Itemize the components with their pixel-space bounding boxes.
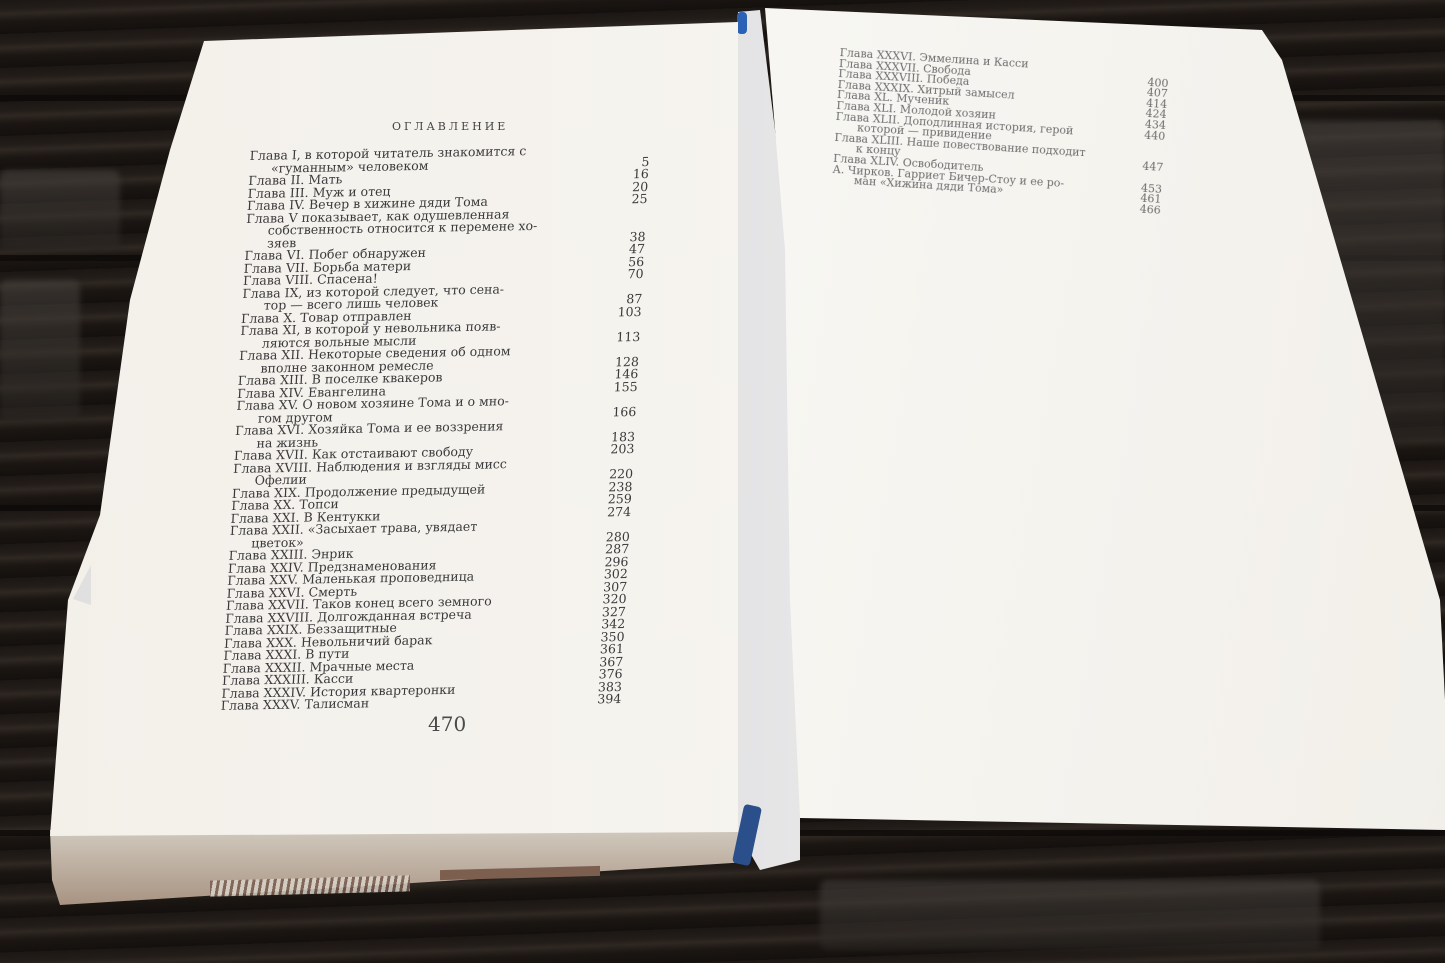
toc-entry-page: 113 — [616, 330, 641, 342]
toc-entry-page: 203 — [610, 443, 635, 455]
toc-entry-label: Глава XXXV. Талисман — [221, 697, 370, 712]
wood-highlight — [0, 280, 80, 420]
toc-entry-page: 274 — [607, 505, 632, 517]
toc-right-list: Глава XXXVI. Эммелина и КассиГлава XXXVI… — [831, 48, 1169, 216]
page-number: 470 — [428, 712, 466, 736]
toc-entry-page: 25 — [631, 193, 648, 205]
spine-blue-cloth-top — [737, 12, 747, 34]
toc-entry-page: 394 — [597, 693, 622, 705]
toc-entry-page: 155 — [613, 380, 638, 392]
toc-entry-page: 166 — [612, 405, 637, 417]
toc-entry-page: 466 — [1139, 204, 1161, 216]
toc-left-list: Глава I, в которой читатель знакомится с… — [220, 143, 650, 712]
wood-highlight — [0, 170, 120, 250]
toc-entry-page: 70 — [627, 268, 644, 280]
wood-highlight — [820, 880, 1320, 950]
toc-entry-page: 103 — [617, 305, 642, 317]
toc-title: ОГЛАВЛЕНИЕ — [392, 120, 508, 133]
